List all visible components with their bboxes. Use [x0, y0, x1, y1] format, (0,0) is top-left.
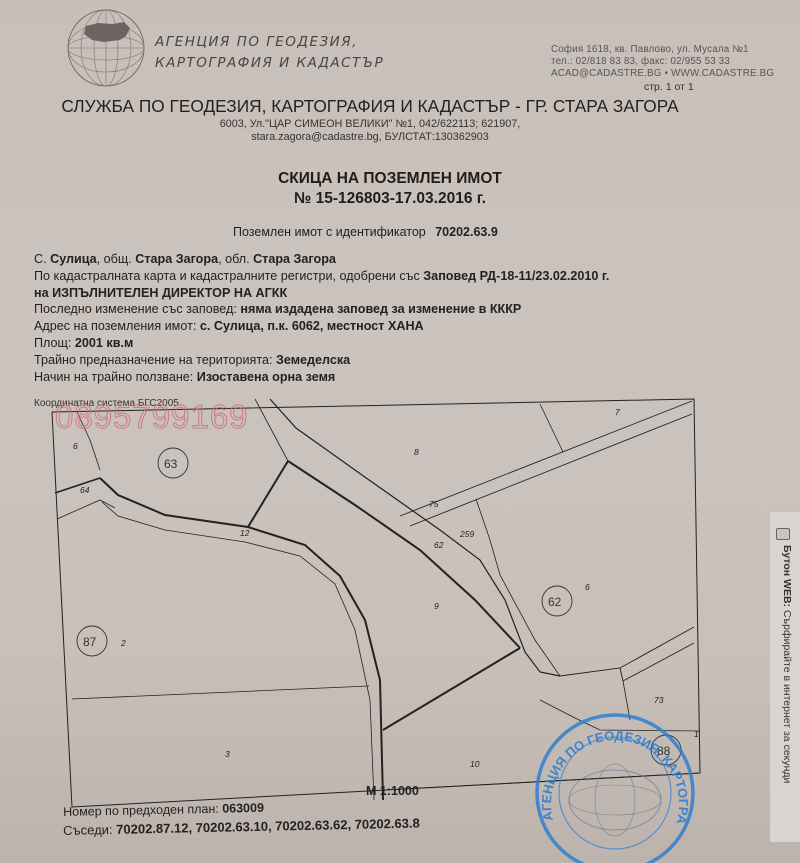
parcel-label-62: 62 [434, 540, 444, 550]
office-address: 6003, Ул."ЦАР СИМЕОН ВЕЛИКИ" №1, 042/622… [0, 118, 800, 143]
parcel-label-3: 3 [225, 749, 230, 759]
agency-address: София 1618, кв. Павлово, ул. Мусала №1 [551, 44, 774, 56]
office-address-line2: stara.zagora@cadastre.bg, БУЛСТАТ:130362… [0, 131, 770, 144]
address-line: Адрес на поземления имот: с. Сулица, п.к… [34, 318, 609, 335]
previous-plan-label: Номер по предходен план: [63, 802, 219, 819]
purpose-value: Земеделска [276, 353, 350, 367]
usage-value: Изоставена орна земя [197, 370, 335, 384]
municipality: Стара Загора [135, 252, 218, 266]
parcel-label-12: 12 [240, 528, 250, 538]
agency-name: АГЕНЦИЯ ПО ГЕОДЕЗИЯ, КАРТОГРАФИЯ И КАДАС… [155, 32, 384, 74]
agency-name-line1: АГЕНЦИЯ ПО ГЕОДЕЗИЯ, [155, 32, 384, 53]
office-name: СЛУЖБА ПО ГЕОДЕЗИЯ, КАРТОГРАФИЯ И КАДАСТ… [0, 96, 800, 117]
identifier-value: 70202.63.9 [435, 225, 498, 239]
block-label-63: 63 [164, 457, 178, 471]
map-scale: М 1:1000 [366, 784, 419, 798]
area-label: Площ: [34, 336, 71, 350]
agency-logo-globe-icon [64, 6, 148, 90]
document-title: СКИЦА НА ПОЗЕМЛЕН ИМОТ [0, 169, 790, 189]
region-prefix: , обл. [218, 252, 250, 266]
approval-text: По кадастралната карта и кадастралните р… [34, 269, 420, 283]
web-button-hint-title: Бутон WEB: [781, 545, 793, 607]
region: Стара Загора [253, 252, 336, 266]
parcel-label-73: 73 [654, 695, 664, 705]
block-label-87: 87 [83, 635, 97, 649]
identifier-label: Поземлен имот с идентификатор [233, 225, 426, 239]
location-line: С. Сулица, общ. Стара Загора, обл. Стара… [34, 251, 609, 268]
previous-plan-value: 063009 [222, 801, 264, 816]
address-value: с. Сулица, п.к. 6062, местност ХАНА [200, 319, 424, 333]
approval-order: Заповед РД-18-11/23.02.2010 г. [423, 269, 609, 283]
address-label: Адрес на поземления имот: [34, 319, 196, 333]
phone-watermark: 0895799169 [55, 398, 249, 436]
document-number: № 15-126803-17.03.2016 г. [0, 189, 790, 209]
parcel-label-259: 259 [459, 529, 474, 539]
parcel-label-9: 9 [434, 601, 439, 611]
document-title-block: СКИЦА НА ПОЗЕМЛЕН ИМОТ № 15-126803-17.03… [0, 169, 800, 209]
property-info: С. Сулица, общ. Стара Загора, обл. Стара… [34, 251, 609, 385]
agency-contact: София 1618, кв. Павлово, ул. Мусала №1 т… [551, 44, 774, 81]
block-label-62: 62 [548, 595, 562, 609]
page-number: стр. 1 от 1 [644, 81, 694, 93]
neighbors: Съседи: 70202.87.12, 70202.63.10, 70202.… [63, 816, 420, 838]
agency-name-line2: КАРТОГРАФИЯ И КАДАСТЪР [155, 53, 384, 74]
last-change-value: няма издадена заповед за изменение в ККК… [240, 302, 521, 316]
parcel-label-64: 64 [80, 485, 90, 495]
municipality-prefix: , общ. [97, 252, 132, 266]
previous-plan: Номер по предходен план: 063009 [63, 801, 264, 819]
purpose-line: Трайно предназначение на територията: Зе… [34, 352, 609, 369]
parcel-label-6b: 6 [585, 582, 590, 592]
web-button-hint-text: Сърфирайте в интернет за секунди [781, 610, 793, 783]
block-label-88: 88 [657, 744, 671, 758]
neighbors-label: Съседи: [63, 822, 113, 838]
area-value: 2001 кв.м [75, 336, 133, 350]
neighbors-value: 70202.87.12, 70202.63.10, 70202.63.62, 7… [116, 816, 420, 837]
web-button-icon [776, 528, 790, 540]
village-prefix: С. [34, 252, 47, 266]
office-address-line1: 6003, Ул."ЦАР СИМЕОН ВЕЛИКИ" №1, 042/622… [0, 118, 770, 131]
last-change-label: Последно изменение със заповед: [34, 302, 237, 316]
parcel-label-10: 10 [470, 759, 480, 769]
agency-phones: тел.: 02/818 83 83, факс: 02/955 53 33 [551, 56, 774, 68]
parcel-label-1: 1 [694, 729, 699, 739]
usage-line: Начин на трайно ползване: Изоставена орн… [34, 369, 609, 386]
parcel-label-8: 8 [414, 447, 419, 457]
parcel-label-6: 6 [73, 441, 78, 451]
usage-label: Начин на трайно ползване: [34, 370, 193, 384]
property-identifier: Поземлен имот с идентификатор 70202.63.9 [233, 225, 498, 239]
office-name-text: СЛУЖБА ПО ГЕОДЕЗИЯ, КАРТОГРАФИЯ И КАДАСТ… [61, 96, 678, 116]
parcel-label-7: 7 [615, 407, 620, 417]
agency-web: ACAD@CADASTRE.BG • WWW.CADASTRE.BG [551, 68, 774, 80]
purpose-label: Трайно предназначение на територията: [34, 353, 272, 367]
parcel-label-2: 2 [120, 638, 126, 648]
area-line: Площ: 2001 кв.м [34, 335, 609, 352]
village: Сулица [50, 252, 97, 266]
parcel-label-75: 75 [429, 499, 439, 509]
web-button-hint: Бутон WEB: Сърфирайте в интернет за секу… [781, 545, 793, 783]
approver-line: на ИЗПЪЛНИТЕЛЕН ДИРЕКТОР НА АГКК [34, 285, 609, 302]
approval-line: По кадастралната карта и кадастралните р… [34, 268, 609, 285]
last-change-line: Последно изменение със заповед: няма изд… [34, 301, 609, 318]
